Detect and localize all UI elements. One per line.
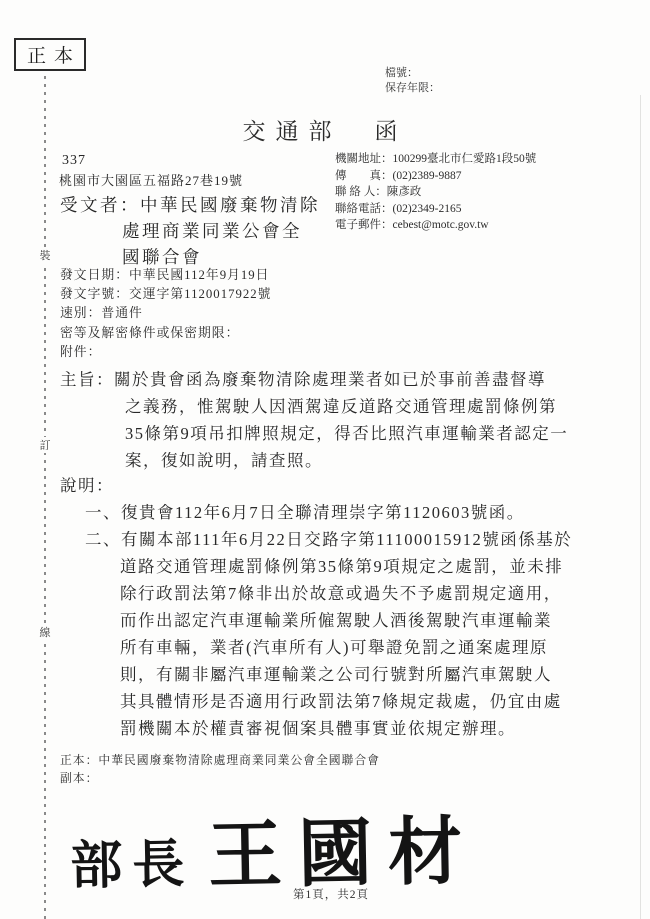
description-line: 說明： (60, 472, 572, 499)
meta-row: 附件： (60, 343, 271, 362)
description-section: 說明：一、復貴會112年6月7日全聯清理崇字第1120603號函。二、有關本部1… (60, 472, 572, 742)
agency-info-row: 傳 真：(02)2389-9887 (335, 168, 536, 185)
agency-info-row: 機關地址：100299臺北市仁愛路1段50號 (335, 151, 536, 168)
meta-row: 速別：普通件 (60, 304, 271, 323)
meta-row: 發文日期：中華民國112年9月19日 (60, 266, 271, 285)
description-line: 其具體情形是否適用行政罰法第7條規定裁處，仍宜由處 (60, 688, 572, 715)
recipient-street-address: 桃園市大園區五福路27巷19號 (59, 170, 243, 189)
distribution-row: 副本： (60, 770, 380, 788)
agency-info-row: 聯 絡 人：陳彥政 (335, 184, 536, 201)
description-line: 道路交通管理處罰條例第35條第9項規定之處罰，並未排 (60, 553, 572, 580)
file-header-labels: 檔號： 保存年限： (385, 66, 440, 96)
page-number: 第1頁，共2頁 (293, 886, 369, 902)
signature-title: 部長 (70, 821, 195, 898)
recipient-line: 受文者：中華民國廢棄物清除 (60, 192, 320, 218)
description-line: 所有車輛，業者(汽車所有人)可舉證免罰之通案處理原 (60, 634, 572, 661)
recipient-block: 受文者：中華民國廢棄物清除處理商業同業公會全國聯合會 (60, 192, 320, 270)
description-line: 罰機關本於權責審視個案具體事實並依規定辦理。 (60, 715, 572, 742)
recipient-postal-code: 337 (62, 153, 86, 169)
description-line: 而作出認定汽車運輸業所僱駕駛人酒後駕駛汽車運輸業 (60, 607, 572, 634)
subject-line: 主旨：關於貴會函為廢棄物清除處理業者如已於事前善盡督導 (60, 366, 568, 393)
retention-period-label: 保存年限： (385, 81, 440, 96)
description-line: 一、復貴會112年6月7日全聯清理崇字第1120603號函。 (60, 499, 572, 526)
recipient-line: 處理商業同業公會全 (60, 218, 320, 244)
subject-section: 主旨：關於貴會函為廢棄物清除處理業者如已於事前善盡督導之義務，惟駕駛人因酒駕違反… (60, 366, 568, 474)
scanned-official-letter: 正本 裝訂線 檔號： 保存年限： 交通部 函 337 桃園市大園區五福路27巷1… (0, 0, 650, 919)
agency-contact-info: 機關地址：100299臺北市仁愛路1段50號傳 真：(02)2389-9887聯… (335, 151, 536, 234)
subject-line: 35條第9項吊扣牌照規定，得否比照汽車運輸業者認定一 (60, 420, 568, 447)
binding-mark-char: 線 (36, 624, 54, 640)
binding-mark-char: 訂 (36, 437, 54, 453)
description-line: 二、有關本部111年6月22日交路字第11100015912號函係基於 (60, 526, 572, 553)
description-line: 除行政罰法第7條非出於故意或過失不予處罰規定適用， (60, 580, 572, 607)
binding-mark-char: 裝 (36, 247, 54, 263)
scan-artifact-line (640, 95, 641, 919)
subject-line: 案，復如說明，請查照。 (60, 447, 568, 474)
subject-line: 之義務，惟駕駛人因酒駕違反道路交通管理處罰條例第 (60, 393, 568, 420)
document-title: 交通部 函 (0, 113, 650, 146)
distribution-row: 正本：中華民國廢棄物清除處理商業同業公會全國聯合會 (60, 752, 380, 770)
file-number-label: 檔號： (385, 66, 440, 81)
description-line: 則，有關非屬汽車運輸業之公司行號對所屬汽車駕駛人 (60, 661, 572, 688)
agency-info-row: 聯絡電話：(02)2349-2165 (335, 201, 536, 218)
distribution-block: 正本：中華民國廢棄物清除處理商業同業公會全國聯合會副本： (60, 752, 380, 787)
meta-row: 發文字號：交運字第1120017922號 (60, 285, 271, 304)
document-meta: 發文日期：中華民國112年9月19日發文字號：交運字第1120017922號速別… (60, 266, 271, 362)
meta-row: 密等及解密條件或保密期限： (60, 324, 271, 343)
agency-info-row: 電子郵件：cebest@motc.gov.tw (335, 217, 536, 234)
minister-signature: 部長 王國材 (69, 792, 479, 905)
